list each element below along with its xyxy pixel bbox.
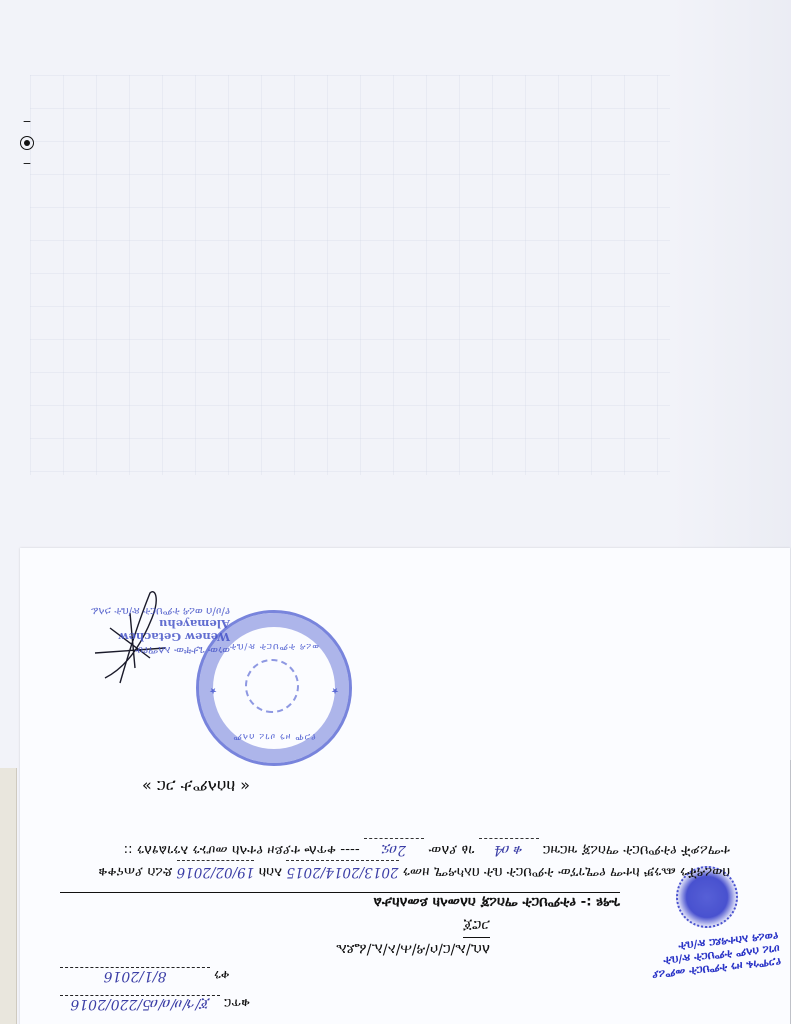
handwritten-count: ቁ ዐ4: [479, 838, 539, 860]
seal-star-icon: ★: [331, 685, 339, 695]
signatory-name-english: Wenew Getachew Alemayehu: [60, 617, 230, 643]
reference-value: ጀ/ኅ/ሀ/ዐ/ዐ5/220/2016: [60, 995, 220, 1012]
letter-document: ቁጥር ጀ/ኅ/ሀ/ዐ/ዐ5/220/2016 ቀን 8/1/2016 የጋሞጎ…: [20, 548, 790, 1024]
signatory-title: የ/ሀ/ሰ ወረዳ ትምህርት ጽ/ቤት ኃላፊ: [60, 604, 230, 617]
body-dashes: ----: [340, 842, 360, 858]
body-text: ገፅ ያለው: [428, 842, 474, 858]
recipient-city: ጋሮጀ: [463, 914, 490, 938]
faint-grid: [30, 75, 670, 475]
date-label: ቀን: [214, 967, 230, 982]
handwritten-pages: 2ዐኗ: [364, 838, 424, 860]
date-value: 8/1/2016: [60, 967, 210, 984]
office-stamp-text: የጋሞጎፋ ዞን ትምህርት መምሪያ ሀገረ ሰላም ትምህርት ጽ/ቤት የ…: [628, 929, 781, 983]
subject-text: የትምህርት ማስረጃ ስለመላክ ይመለከታል: [373, 894, 576, 910]
reference-label: ቁጥር: [224, 995, 250, 1010]
reference-number-row: ቁጥር ጀ/ኅ/ሀ/ዐ/ዐ5/220/2016: [60, 995, 250, 1012]
signatory-name-amharic: ወነው ጌታቸው አለማየሁ: [60, 643, 230, 656]
closing-greeting: « ከሰላምታ ጋር »: [142, 776, 250, 796]
page-mark-icon: ‾_: [16, 122, 38, 158]
seal-bottom-text: ወረዳ ትምህርት ጽ/ቤት: [215, 641, 333, 651]
handwritten-date: 19/02/2016: [177, 860, 255, 882]
signatory-block: ወነው ጌታቸው አለማየሁ Wenew Getachew Alemayehu …: [60, 604, 230, 656]
underlying-paper-edge: [0, 768, 17, 1024]
recipient-block: ለሲ/ኤ/ር/ሶ/ዳ/ሐ/ኦ/ኢ/ፌደኤ ጋሮጀ: [336, 914, 490, 960]
seal-emblem-icon: [245, 659, 299, 713]
seal-star-icon: ★: [209, 685, 217, 695]
recipient-line: ለሲ/ኤ/ር/ሶ/ዳ/ሐ/ኦ/ኢ/ፌደኤ: [336, 938, 490, 960]
seal-top-text: የጋሞ ዞን ሀገረ ሰላም: [215, 731, 333, 741]
date-row: ቀን 8/1/2016: [60, 967, 230, 984]
letter-body: በወረዳችን ጨንቻ ከተማ የሚገኘው ትምህርት ቤት በአካዳሚ ዘመን …: [60, 838, 730, 882]
body-text: በወረዳችን ጨንቻ ከተማ የሚገኘው ትምህርት ቤት በአካዳሚ ዘመን: [403, 864, 730, 880]
handwritten-years: 2013/2014/2015: [286, 860, 398, 882]
body-text: ቀጥሎ ተያይዞ የተላከ መሆኑን እንገልፃለን ::: [124, 842, 336, 858]
subject-line: ጉዳዩ :- የትምህርት ማስረጃ ስለመላክ ይመለከታል: [60, 892, 620, 910]
body-text: እስከ: [259, 864, 282, 880]
subject-label: ጉዳዩ :-: [581, 894, 620, 910]
